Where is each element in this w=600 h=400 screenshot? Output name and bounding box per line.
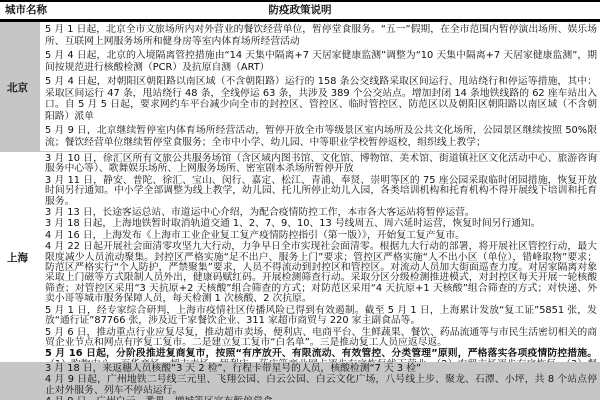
policy-item: 5 月 4 日起，北京的入境隔离管控措施由“14 天集中隔离+7 天居家健康监测… — [40, 50, 600, 73]
city-name-label: 北京 — [7, 80, 28, 95]
table-header: 城市名称 防疫政策说明 — [0, 2, 600, 22]
policy-item: 3 月 18 日，来返穗人员核酸“3 天 2 检”，行程卡带星号的人员，核酸检测… — [40, 364, 600, 374]
city-name-label: 上海 — [7, 250, 28, 265]
policy-item: 3 月 18 日起，上海地铁暂时取消轨道交通 1、2、7、9、10、13 号线周… — [40, 219, 600, 229]
policy-item: 4 月 9 日起，广州地铁二号线三元里、飞翔公园、白云公园、白云文化广场，八号线… — [40, 375, 600, 396]
policy-item: 3 月 13 日，长途客运总站、市道运中心介绍，为配合疫情防控工作，本市各大客运… — [40, 208, 600, 218]
city-cell: 北京 — [0, 22, 40, 152]
policy-item: 3 月 11 日，静安、普陀、徐汇、宝山、闵行、嘉定、松江、青浦、奉贤、崇明等区… — [40, 176, 600, 207]
policy-item: 5 月 1 日，经专家综合研判，上海市疫情社区传播风险已得到有效遏制。截至 5 … — [40, 306, 600, 327]
city-section-北京: 北京5 月 1 日起，北京全市文旅场所内对外营业的餐饮经营单位，暂停堂食服务。“… — [0, 22, 600, 152]
policy-item: 5 月 6 日，推动重点行业应复尽复，推动超市卖场、便利店、电商平台、生鲜蔬果、… — [40, 328, 600, 349]
header-policy-column: 防疫政策说明 — [0, 2, 600, 19]
city-cell — [0, 362, 40, 400]
policy-item: 3 月 10 日，徐汇区所有文旅公共服务场馆（含区域内图书馆、文化馆、博物馆、美… — [40, 154, 600, 175]
table-body: 北京5 月 1 日起，北京全市文旅场所内对外营业的餐饮经营单位，暂停堂食服务。“… — [0, 22, 600, 400]
policy-cell: 3 月 18 日，来返穗人员核酸“3 天 2 检”，行程卡带星号的人员，核酸检测… — [40, 362, 600, 400]
policy-cell: 5 月 1 日起，北京全市文旅场所内对外营业的餐饮经营单位，暂停堂食服务。“五一… — [40, 22, 600, 152]
covid-policy-document: 城市名称 防疫政策说明 北京5 月 1 日起，北京全市文旅场所内对外营业的餐饮经… — [0, 0, 600, 400]
policy-item: 4 月 16 日，上海发布《上海市工业企业复工复产疫情防控指引（第一版）》，开始… — [40, 231, 600, 241]
city-section-上海: 上海3 月 10 日，徐汇区所有文旅公共服务场馆（含区域内图书馆、文化馆、博物馆… — [0, 152, 600, 362]
policy-item: 5 月 1 日起，北京全市文旅场所内对外营业的餐饮经营单位，暂停堂食服务。“五一… — [40, 24, 600, 47]
policy-cell: 3 月 10 日，徐汇区所有文旅公共服务场馆（含区域内图书馆、文化馆、博物馆、美… — [40, 152, 600, 362]
policy-item: 5 月 16 日起，分阶段推进复商复市，按照“有序放开、有限流动、有效管控、分类… — [40, 349, 600, 362]
city-cell: 上海 — [0, 152, 40, 362]
city-section-bottom: 3 月 18 日，来返穗人员核酸“3 天 2 检”，行程卡带星号的人员，核酸检测… — [0, 362, 600, 400]
covid-policy-table: 城市名称 防疫政策说明 北京5 月 1 日起，北京全市文旅场所内对外营业的餐饮经… — [0, 0, 600, 400]
policy-item: 5 月 9 日，北京继续暂停室内体育场所经营活动，暂停开放全市等级景区室内场所及… — [40, 125, 600, 148]
policy-item: 5 月 4 日起，对朝阳区朝阳路以南区域（不含朝阳路）运行的 158 条公交线路… — [40, 76, 600, 122]
policy-item: 4 月 22 日起开展社会面清零攻坚九大行动，力争早日全市实现社会面清零。根据九… — [40, 242, 600, 304]
